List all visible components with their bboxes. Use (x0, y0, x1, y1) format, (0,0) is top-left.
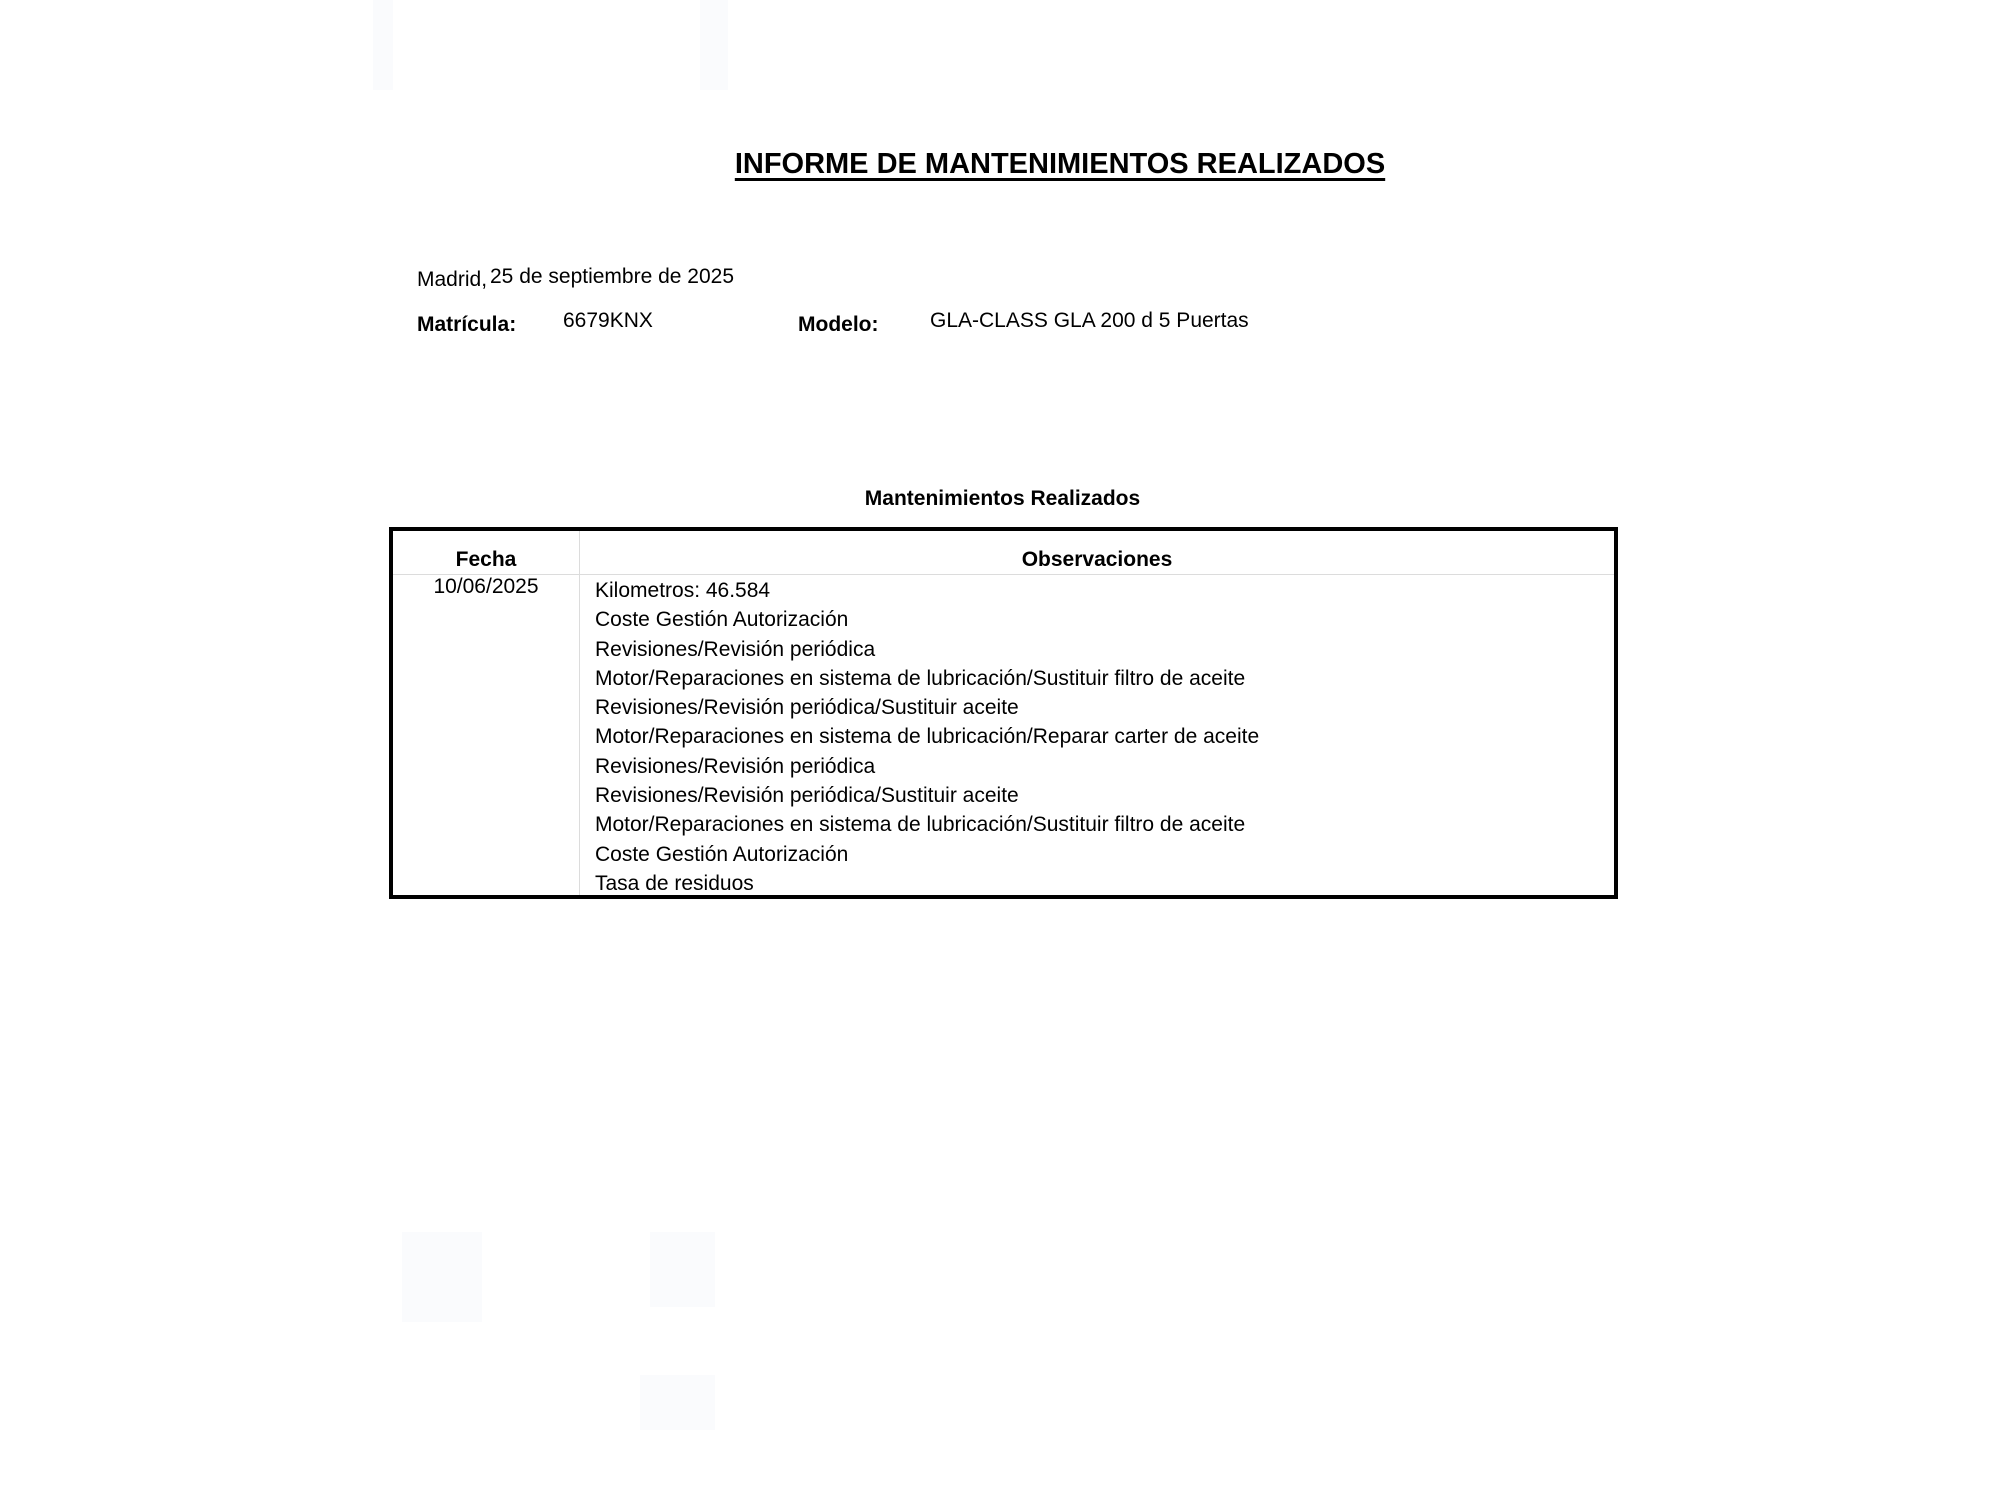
table-caption: Mantenimientos Realizados (0, 487, 2000, 511)
place-label: Madrid, (417, 268, 487, 292)
scan-artifact (402, 1232, 482, 1322)
model-value: GLA-CLASS GLA 200 d 5 Puertas (930, 309, 1249, 333)
list-item: Revisiones/Revisión periódica/Sustituir … (595, 781, 1259, 810)
list-item: Motor/Reparaciones en sistema de lubrica… (595, 664, 1259, 693)
list-item: Revisiones/Revisión periódica (595, 635, 1259, 664)
scan-artifact (640, 1375, 715, 1430)
list-item: Coste Gestión Autorización (595, 840, 1259, 869)
list-item: Revisiones/Revisión periódica (595, 752, 1259, 781)
header-fecha: Fecha (393, 548, 579, 572)
list-item: Motor/Reparaciones en sistema de lubrica… (595, 810, 1259, 839)
list-item: Coste Gestión Autorización (595, 605, 1259, 634)
list-item: Revisiones/Revisión periódica/Sustituir … (595, 693, 1259, 722)
plate-value: 6679KNX (563, 309, 653, 333)
report-title: INFORME DE MANTENIMIENTOS REALIZADOS (0, 148, 2000, 181)
scan-artifact (700, 0, 728, 90)
scan-artifact (650, 1232, 715, 1307)
cell-fecha: 10/06/2025 (393, 575, 579, 599)
header-observaciones: Observaciones (580, 548, 1614, 572)
column-divider (579, 531, 580, 895)
list-item: Tasa de residuos (595, 869, 1259, 898)
scan-artifact (373, 0, 393, 90)
plate-label: Matrícula: (417, 313, 516, 337)
observaciones-list: Kilometros: 46.584 Coste Gestión Autoriz… (595, 576, 1259, 898)
report-date: 25 de septiembre de 2025 (490, 265, 734, 289)
list-item: Kilometros: 46.584 (595, 576, 1259, 605)
list-item: Motor/Reparaciones en sistema de lubrica… (595, 722, 1259, 751)
maintenance-table: Fecha Observaciones 10/06/2025 Kilometro… (389, 527, 1618, 899)
model-label: Modelo: (798, 313, 878, 337)
